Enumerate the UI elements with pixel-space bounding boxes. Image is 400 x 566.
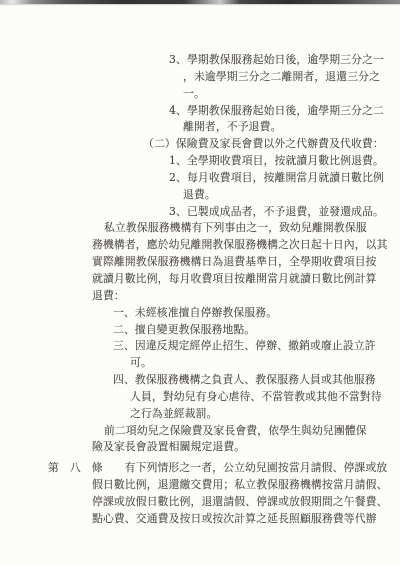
doc-line: 就讀月數比例，每月收費項目按離開當月就讀日數比例計算 (92, 271, 400, 288)
doc-line: 務機構者，應於幼兒離開教保服務機構之次日起十日內，以其 (92, 237, 400, 254)
doc-line: 前二項幼兒之保險費及家長會費，依學生與幼兒團體保 (104, 423, 400, 440)
doc-line: 四、教保服務機構之負責人、教保服務人員或其他服務 (113, 372, 400, 389)
doc-line: 3、已製成成品者，不予退費，並發還成品。 (169, 204, 400, 221)
doc-line: 可。 (130, 355, 400, 372)
doc-line: 險及家長會設置相關規定退費。 (92, 439, 400, 456)
doc-line: 4、學期教保服務起始日後，逾學期三分之二 (169, 103, 400, 120)
document-page: 3、學期教保服務起始日後，逾學期三分之一 ，未逾學期三分之二離開者，退還三分之 … (0, 0, 400, 566)
doc-line: 2、每月收費項目，按離開當月就讀日數比例 (169, 170, 400, 187)
document-text-block: 3、學期教保服務起始日後，逾學期三分之一 ，未逾學期三分之二離開者，退還三分之 … (0, 52, 400, 528)
doc-line: 實際離開教保服務機構日為退費基準日，全學期收費項目按 (92, 254, 400, 271)
doc-line: 停課或放假日數比例，退還請假、停課或放假期間之午餐費、 (92, 494, 400, 511)
doc-line: 假日數比例，退還繳交費用；私立教保服務機構按當月請假、 (92, 477, 400, 494)
doc-line: 人員，對幼兒有身心虐待、不當管教或其他不當對待 (130, 389, 400, 406)
doc-line: 二、擅自變更教保服務地點。 (113, 322, 400, 339)
doc-line: 離開者，不予退費。 (183, 119, 400, 136)
doc-line: 私立教保服務機構有下列事由之一，致幼兒離開教保服 (104, 220, 400, 237)
doc-line-article-8: 第 八 條 有下列情形之一者，公立幼兒園按當月請假、停課或放 (48, 460, 400, 477)
doc-line: 之行為並經裁罰。 (130, 406, 400, 423)
doc-line: 退費： (92, 288, 400, 305)
doc-line: 1、全學期收費項目，按就讀月數比例退費。 (169, 153, 400, 170)
doc-line: （二）保險費及家長會費以外之代辦費及代收費： (143, 136, 400, 153)
doc-line: 一。 (183, 86, 400, 103)
doc-line: 3、學期教保服務起始日後，逾學期三分之一 (169, 52, 400, 69)
doc-line: 退費。 (183, 187, 400, 204)
doc-line: 一、未經核准擅自停辦教保服務。 (113, 305, 400, 322)
scan-edge-artifact (0, 0, 400, 4)
doc-line: ，未逾學期三分之二離開者，退還三分之 (183, 69, 400, 86)
doc-line: 點心費、交通費及按日或按次計算之延長照顧服務費等代辦 (92, 511, 400, 528)
doc-line: 三、因違反規定經停止招生、停辦、撤銷或廢止設立許 (113, 338, 400, 355)
